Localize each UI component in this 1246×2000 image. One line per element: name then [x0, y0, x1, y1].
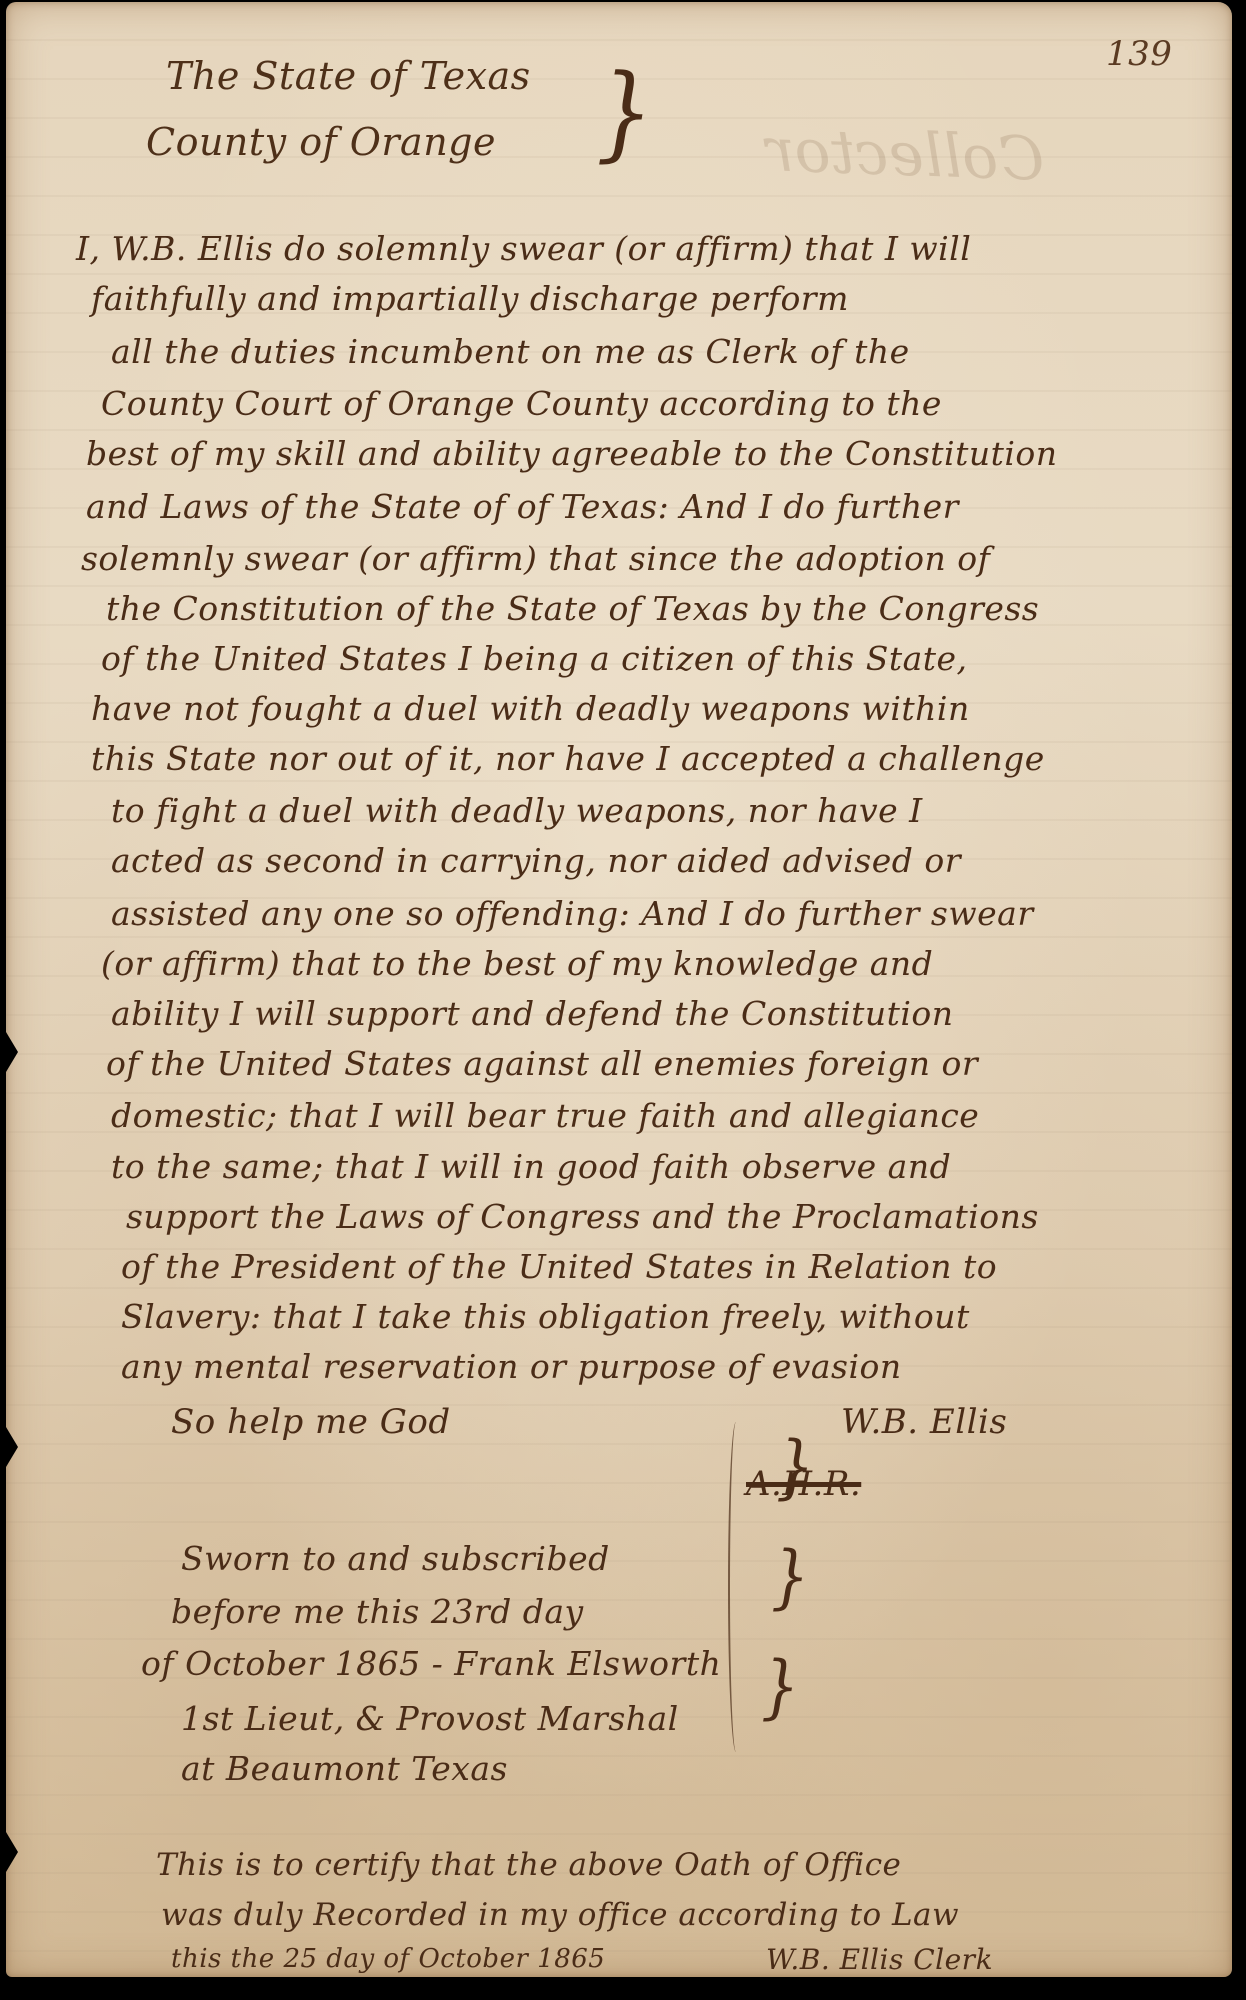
- oath-line: all the duties incumbent on me as Clerk …: [111, 335, 910, 368]
- oath-line: of the United States against all enemies…: [106, 1047, 978, 1080]
- page-number: 139: [1106, 34, 1172, 74]
- signature-ellis: W.B. Ellis: [841, 1402, 1007, 1442]
- page-tear: [6, 1032, 18, 1072]
- oath-line: to fight a duel with deadly weapons, nor…: [111, 794, 923, 827]
- oath-line: faithfully and impartially discharge per…: [91, 282, 849, 315]
- oath-line: domestic; that I will bear true faith an…: [111, 1099, 979, 1132]
- document-page: Collector 139 The State of Texas County …: [6, 2, 1232, 1977]
- oath-line: of the President of the United States in…: [121, 1250, 997, 1283]
- page-tear: [6, 1832, 18, 1872]
- certification-line: this the 25 day of October 1865: [171, 1946, 605, 1972]
- jurat-line: of October 1865 - Frank Elsworth: [141, 1647, 721, 1680]
- oath-line: to the same; that I will in good faith o…: [111, 1150, 951, 1183]
- oath-line: I, W.B. Ellis do solemnly swear (or affi…: [76, 232, 971, 265]
- oath-line: of the United States I being a citizen o…: [101, 642, 968, 675]
- page-tear: [6, 1427, 18, 1467]
- oath-line: (or affirm) that to the best of my knowl…: [101, 947, 933, 980]
- heading-state: The State of Texas: [166, 54, 531, 98]
- oath-line: assisted any one so offending: And I do …: [111, 897, 1034, 930]
- oath-line: and Laws of the State of of Texas: And I…: [86, 490, 959, 523]
- jurat-brace: }: [771, 1537, 810, 1618]
- jurat-line: Sworn to and subscribed: [181, 1542, 610, 1575]
- oath-line: support the Laws of Congress and the Pro…: [126, 1200, 1039, 1233]
- oath-line: ability I will support and defend the Co…: [111, 997, 954, 1030]
- bleed-through-text: Collector: [765, 115, 1046, 195]
- jurat-brace: }: [776, 1427, 815, 1508]
- oath-line: have not fought a duel with deadly weapo…: [91, 692, 970, 725]
- certification-line: This is to certify that the above Oath o…: [156, 1850, 901, 1881]
- certification-line: was duly Recorded in my office according…: [161, 1900, 959, 1931]
- oath-line: solemnly swear (or affirm) that since th…: [81, 542, 990, 575]
- oath-line: the Constitution of the State of Texas b…: [106, 592, 1039, 625]
- oath-line: acted as second in carrying, nor aided a…: [111, 844, 961, 877]
- oath-line: any mental reservation or purpose of eva…: [121, 1350, 902, 1383]
- jurat-line: before me this 23rd day: [171, 1595, 584, 1628]
- jurat-line: at Beaumont Texas: [181, 1752, 508, 1785]
- jurat-brace: }: [761, 1647, 800, 1728]
- clerk-signature: W.B. Ellis Clerk: [766, 1946, 993, 1974]
- closing-phrase: So help me God: [171, 1402, 451, 1442]
- heading-county: County of Orange: [146, 120, 496, 164]
- jurat-divider-line: [728, 1422, 744, 1752]
- oath-line: County Court of Orange County according …: [101, 387, 942, 420]
- heading-brace: }: [596, 52, 654, 173]
- jurat-line: 1st Lieut, & Provost Marshal: [181, 1702, 679, 1735]
- oath-line: this State nor out of it, nor have I acc…: [91, 742, 1045, 775]
- oath-line: Slavery: that I take this obligation fre…: [121, 1300, 970, 1333]
- oath-line: best of my skill and ability agreeable t…: [86, 437, 1058, 470]
